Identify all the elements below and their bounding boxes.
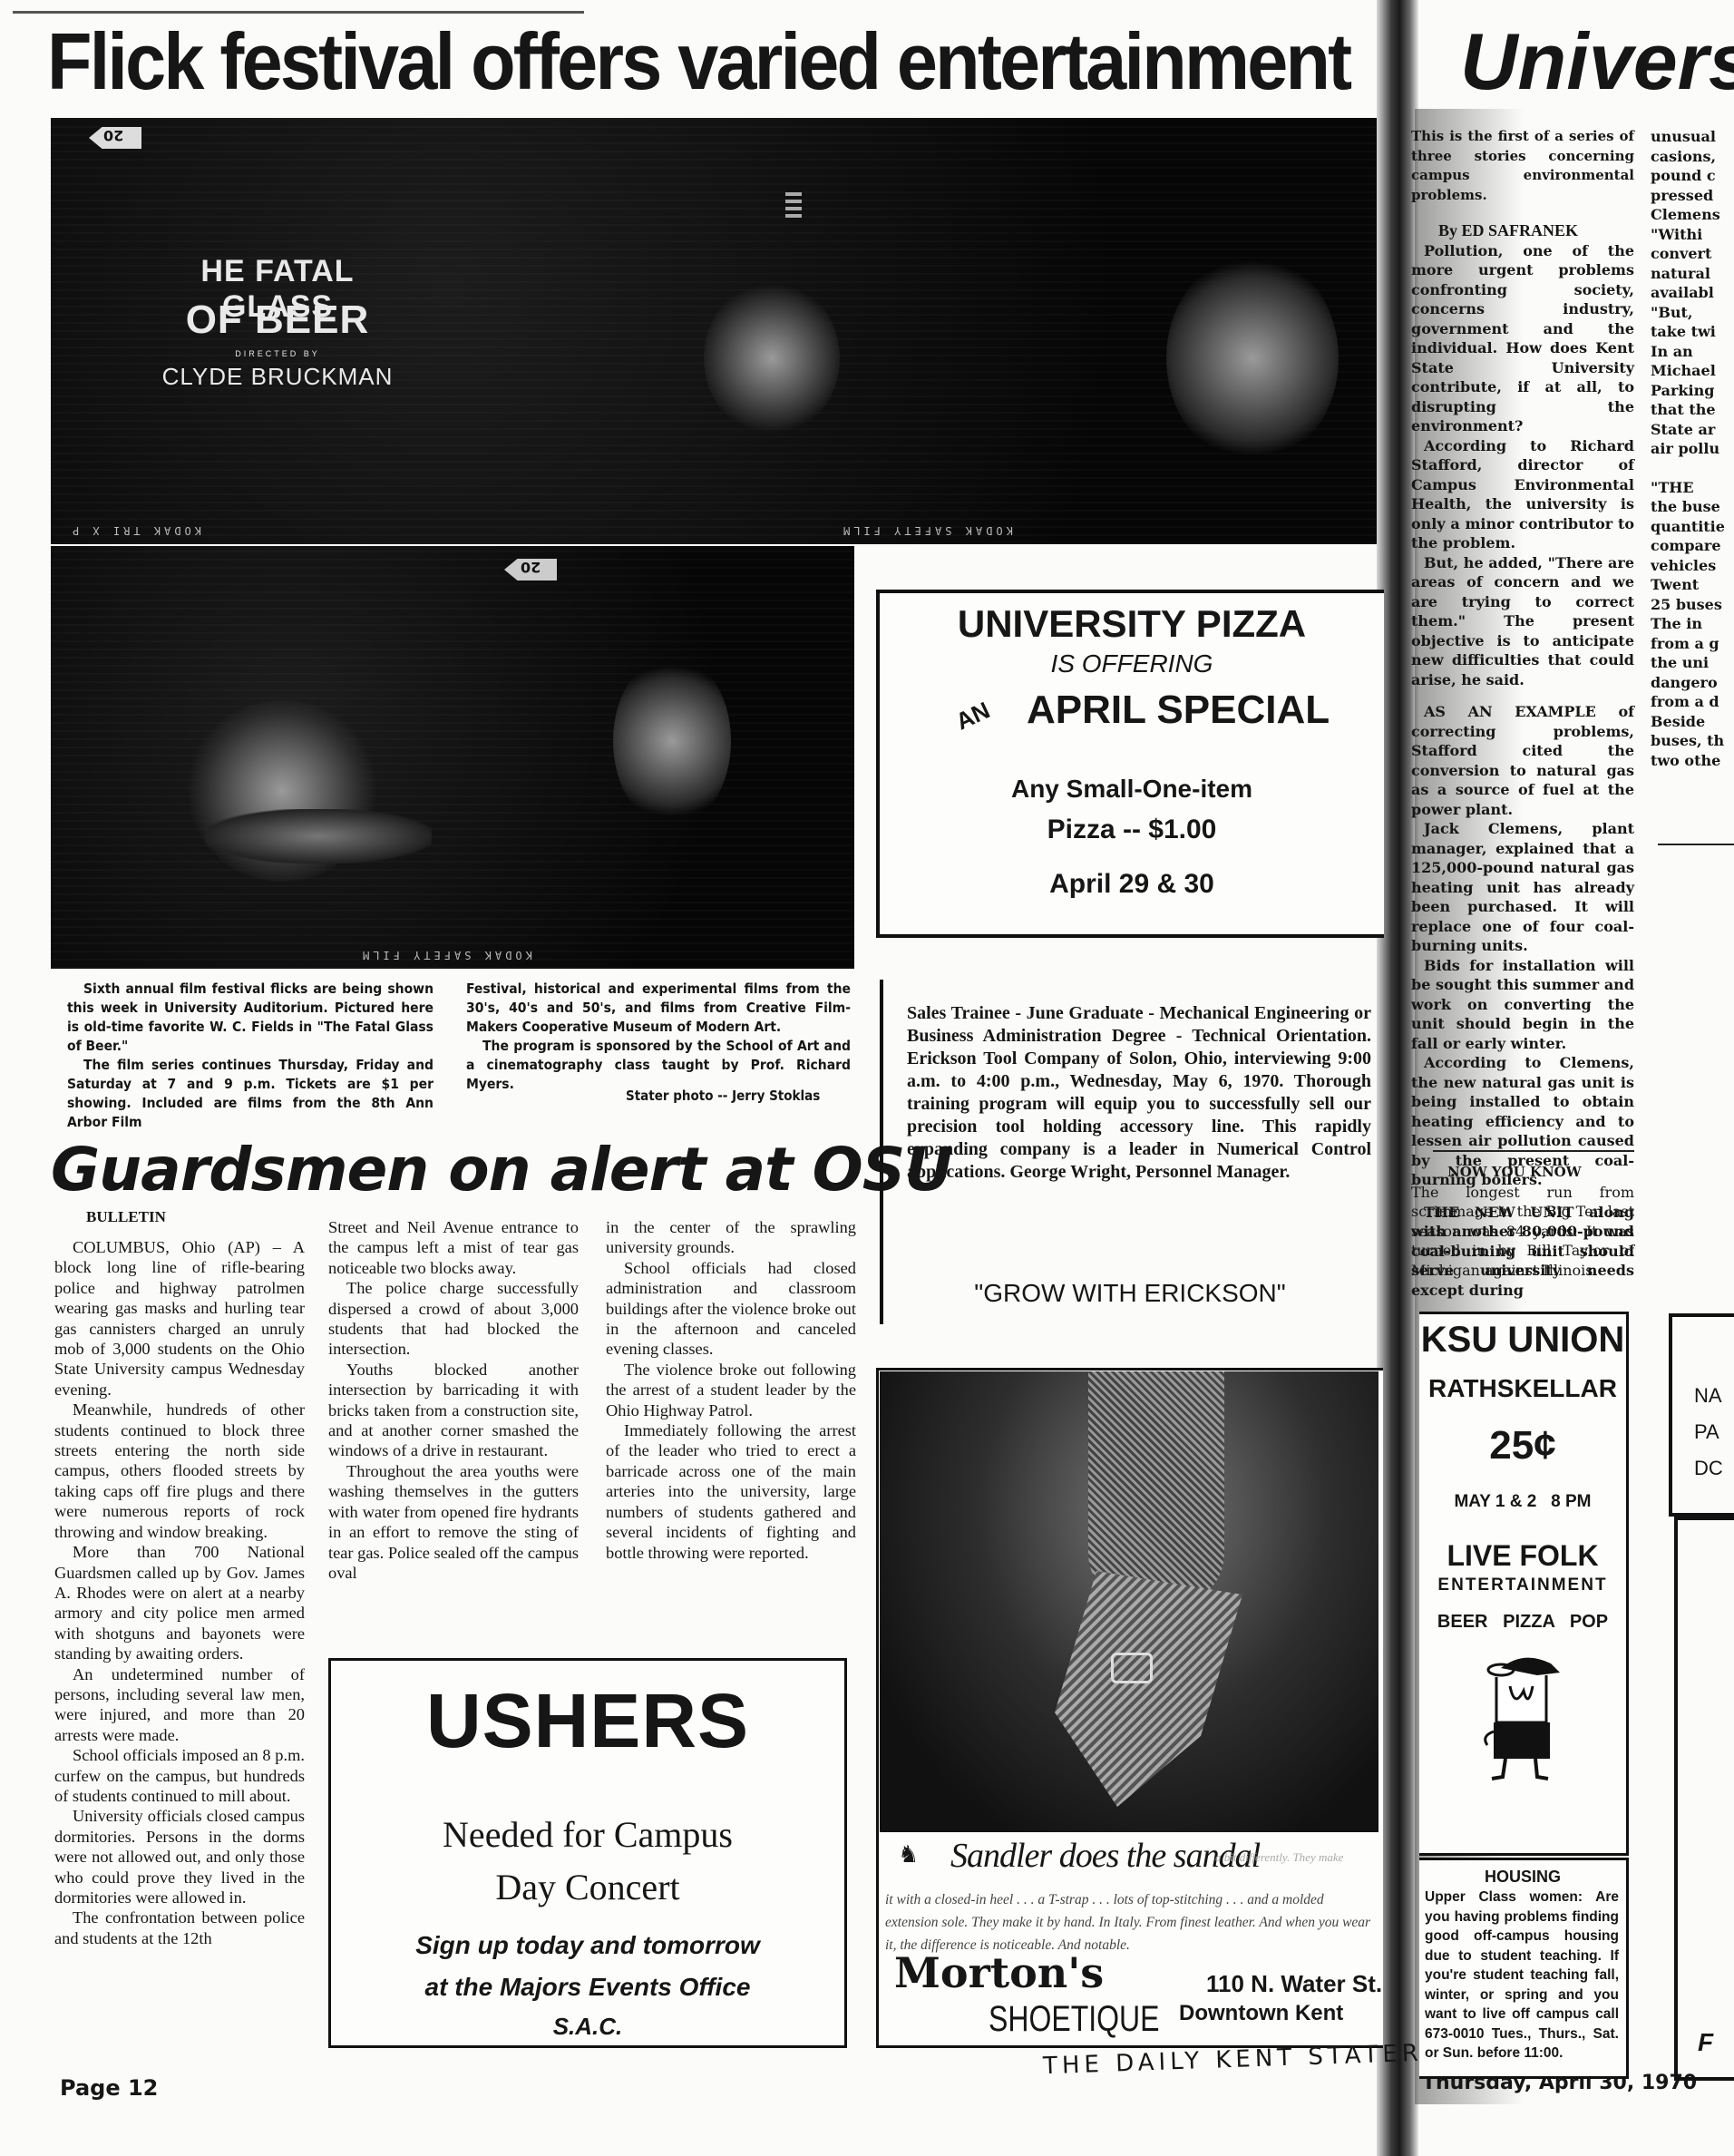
story-paragraph: in the center of the sprawling universit… xyxy=(606,1217,856,1258)
film-figure-2 xyxy=(1166,254,1339,463)
housing-ad-title: HOUSING xyxy=(1419,1868,1626,1887)
continued-line: that the xyxy=(1651,400,1734,420)
continued-line: The in xyxy=(1651,614,1734,634)
caption-paragraph: Sixth annual film festival flicks are be… xyxy=(67,980,433,1056)
stocking-leg xyxy=(1088,1371,1224,1607)
continued-line: Twent xyxy=(1651,575,1734,595)
continued-line: availabl xyxy=(1651,283,1734,303)
story-paragraph: University officials closed campus dormi… xyxy=(54,1806,305,1907)
pizza-ad-name: UNIVERSITY PIZZA xyxy=(880,602,1384,646)
continued-line: take twi xyxy=(1651,322,1734,342)
far-right-ad-box: NA PA DC xyxy=(1669,1313,1734,1517)
continued-line: compare xyxy=(1651,536,1734,556)
film-still-title-card: 20 HE FATAL GLASS OF BEER DIRECTED BY CL… xyxy=(51,118,1377,544)
film-edge-text: KODAK SAFETY FILM xyxy=(359,949,532,961)
continued-line: quantitie xyxy=(1651,517,1734,537)
store-address-city: Downtown Kent xyxy=(1179,2001,1343,2026)
story-column-3: in the center of the sprawling universit… xyxy=(606,1217,856,1563)
far-right-line: PA xyxy=(1694,1420,1719,1444)
story-paragraph: Meanwhile, hundreds of other students co… xyxy=(54,1400,305,1542)
ksu-ad-items: BEER PIZZA POP xyxy=(1419,1612,1626,1633)
continued-line: dangero xyxy=(1651,673,1734,693)
directed-by-label: DIRECTED BY xyxy=(141,349,414,358)
environment-story: This is the first of a series of three s… xyxy=(1411,127,1634,1300)
story-paragraph: The confrontation between police and stu… xyxy=(54,1907,305,1948)
store-address-street: 110 N. Water St. xyxy=(1206,1970,1382,1998)
story-paragraph: AS AN EXAMPLE of correcting problems, St… xyxy=(1411,702,1634,819)
ushers-ad-line2: Day Concert xyxy=(331,1866,844,1908)
erickson-ad-slogan: "GROW WITH ERICKSON" xyxy=(882,1279,1378,1308)
story-paragraph: More than 700 National Guardsmen called … xyxy=(54,1542,305,1663)
continued-line: "But, xyxy=(1651,303,1734,323)
continued-line: casions, xyxy=(1651,147,1734,167)
section-rule xyxy=(1658,844,1734,845)
table-object xyxy=(205,809,432,863)
ushers-ad: USHERS Needed for Campus Day Concert Sig… xyxy=(328,1658,847,2048)
continued-line: vehicles xyxy=(1651,556,1734,576)
continued-line: air pollu xyxy=(1651,439,1734,459)
far-right-line: NA xyxy=(1694,1384,1722,1408)
now-you-know-body: The longest run from scrimmage in the Bi… xyxy=(1411,1183,1634,1281)
page-number: Page 12 xyxy=(60,2075,158,2101)
story-paragraph: Bids for installation will be sought thi… xyxy=(1411,956,1634,1054)
editor-note: This is the first of a series of three s… xyxy=(1411,127,1634,205)
story-column-1: COLUMBUS, Ohio (AP) – A block long line … xyxy=(54,1237,305,1948)
continued-line: natural xyxy=(1651,264,1734,284)
photo-caption-col1: Sixth annual film festival flicks are be… xyxy=(67,980,433,1132)
story-paragraph: Jack Clemens, plant manager, explained t… xyxy=(1411,819,1634,956)
sandler-logo-icon: ♞ xyxy=(898,1841,919,1868)
shoe-ad-tagline: Sandler does the sandal xyxy=(950,1836,1260,1876)
cartoon-mascot-icon xyxy=(1474,1650,1573,1786)
story-paragraph: School officials had closed administrati… xyxy=(606,1258,856,1360)
pizza-ad-price: Pizza -- $1.00 xyxy=(880,815,1384,845)
story-paragraph: Pollution, one of the more urgent proble… xyxy=(1411,241,1634,436)
continued-line: the buse xyxy=(1651,497,1734,517)
photo-caption-col2: Festival, historical and experimental fi… xyxy=(466,980,851,1094)
erickson-ad-body: Sales Trainee - June Graduate - Mechanic… xyxy=(907,1002,1371,1184)
director-name: CLYDE BRUCKMAN xyxy=(141,363,414,391)
continued-line: pound c xyxy=(1651,166,1734,186)
ksu-ad-entertainment: ENTERTAINMENT xyxy=(1419,1576,1626,1595)
far-right-fragment: F xyxy=(1698,2028,1713,2057)
story-paragraph: Throughout the area youths were washing … xyxy=(328,1461,579,1583)
now-you-know-title: NOW YOU KNOW xyxy=(1411,1163,1634,1183)
section-rule xyxy=(1433,1150,1634,1152)
continued-story-column: unusual casions, pound c pressed Clemens… xyxy=(1651,127,1734,770)
pizza-ad-an: AN xyxy=(951,697,994,737)
ushers-ad-title: USHERS xyxy=(331,1677,844,1765)
continued-line: State ar xyxy=(1651,420,1734,440)
continued-line: In an xyxy=(1651,342,1734,362)
continued-line: from a g xyxy=(1651,634,1734,654)
now-you-know-box: NOW YOU KNOW The longest run from scrimm… xyxy=(1411,1163,1634,1280)
story-paragraph: Immediately following the arrest of the … xyxy=(606,1420,856,1563)
story-paragraph: The violence broke out following the arr… xyxy=(606,1360,856,1420)
continued-line: the uni xyxy=(1651,653,1734,673)
housing-classified-ad: HOUSING Upper Class women: Are you havin… xyxy=(1419,1858,1629,2079)
housing-ad-body: Upper Class women: Are you having proble… xyxy=(1425,1888,1619,2063)
story-paragraph: The police charge successfully dispersed… xyxy=(328,1278,579,1360)
far-right-line: DC xyxy=(1694,1457,1723,1480)
shoe-ad-body: it with a closed-in heel . . . a T-strap… xyxy=(885,1888,1375,1956)
ushers-ad-line3: Sign up today and tomorrow xyxy=(331,1931,844,1960)
continued-line: pressed xyxy=(1651,186,1734,206)
pizza-ad-item: Any Small-One-item xyxy=(880,775,1384,804)
continued-line: 25 buses xyxy=(1651,595,1734,615)
continued-line: Clemens xyxy=(1651,205,1734,225)
sandal-buckle xyxy=(1111,1653,1153,1683)
story-paragraph: COLUMBUS, Ohio (AP) – A block long line … xyxy=(54,1237,305,1400)
caption-paragraph: The program is sponsored by the School o… xyxy=(466,1037,851,1094)
continued-line: Michael xyxy=(1651,361,1734,381)
story-paragraph: Youths blocked another intersection by b… xyxy=(328,1360,579,1461)
shoe-ad-tagline-tail: a bit differently. They make xyxy=(1215,1850,1377,1865)
window-light xyxy=(785,190,802,218)
ksu-ad-line1: KSU UNION xyxy=(1419,1320,1626,1361)
continued-line: "THE xyxy=(1651,478,1734,498)
story-headline: Guardsmen on alert at OSU xyxy=(51,1134,849,1206)
sandal-shape xyxy=(1034,1571,1242,1807)
continued-line: from a d xyxy=(1651,692,1734,712)
ushers-ad-line5: S.A.C. xyxy=(331,2013,844,2041)
film-figure-4 xyxy=(613,655,731,827)
continued-line: Parking xyxy=(1651,381,1734,401)
film-edge-text-left: KODAK TRI X P xyxy=(69,524,201,537)
continued-line: "Withi xyxy=(1651,225,1734,245)
ushers-ad-line4: at the Majors Events Office xyxy=(331,1973,844,2002)
continued-line: convert xyxy=(1651,244,1734,264)
ksu-union-rathskellar-ad: KSU UNION RATHSKELLAR 25¢ MAY 1 & 2 8 PM… xyxy=(1419,1312,1629,1856)
film-title-line2: OF BEER xyxy=(141,298,414,343)
caption-paragraph: Festival, historical and experimental fi… xyxy=(466,980,851,1037)
ushers-ad-line1: Needed for Campus xyxy=(331,1813,844,1856)
film-still-scene: 20 KODAK SAFETY FILM xyxy=(51,546,854,969)
pizza-ad-dates: April 29 & 30 xyxy=(880,869,1384,900)
story-kicker: BULLETIN xyxy=(86,1208,166,1226)
page-headline: Flick festival offers varied entertainme… xyxy=(47,16,1291,107)
top-rule xyxy=(13,11,584,14)
story-byline: By ED SAFRANEK xyxy=(1411,221,1634,241)
story-paragraph: But, he added, "There are areas of conce… xyxy=(1411,553,1634,690)
frame-number: 20 xyxy=(103,127,123,144)
story-paragraph: An undetermined number of persons, inclu… xyxy=(54,1664,305,1746)
university-pizza-ad: UNIVERSITY PIZZA IS OFFERING AN APRIL SP… xyxy=(876,590,1384,938)
pizza-ad-special: APRIL SPECIAL xyxy=(1027,688,1330,733)
continued-line: unusual xyxy=(1651,127,1734,147)
store-name-shoetique: SHOETIQUE xyxy=(989,1999,1159,2040)
film-figure-1 xyxy=(704,281,840,435)
story-paragraph: According to Richard Stafford, director … xyxy=(1411,436,1634,553)
story-column-2: Street and Neil Avenue entrance to the c… xyxy=(328,1217,579,1583)
ksu-ad-live-folk: LIVE FOLK xyxy=(1419,1539,1626,1573)
ksu-ad-price: 25¢ xyxy=(1419,1423,1626,1468)
store-name: Morton's xyxy=(894,1948,1104,1997)
story-paragraph: Street and Neil Avenue entrance to the c… xyxy=(328,1217,579,1278)
continued-line: buses, th xyxy=(1651,731,1734,751)
pizza-ad-subline: IS OFFERING xyxy=(880,649,1384,678)
continued-line-spacer xyxy=(1651,459,1734,478)
photo-credit: Stater photo -- Jerry Stoklas xyxy=(626,1087,820,1106)
frame-number: 20 xyxy=(521,559,541,576)
film-edge-text-right: KODAK SAFETY FILM xyxy=(840,524,1013,537)
next-page-headline-fragment: Univers xyxy=(1460,16,1734,107)
story-paragraph: School officials imposed an 8 p.m. curfe… xyxy=(54,1745,305,1806)
ksu-ad-dates: MAY 1 & 2 8 PM xyxy=(1419,1492,1626,1512)
far-right-ad-box-2: F xyxy=(1674,1517,1734,2081)
sandal-photo xyxy=(880,1371,1378,1832)
continued-line: two othe xyxy=(1651,751,1734,771)
caption-paragraph: The film series continues Thursday, Frid… xyxy=(67,1056,433,1132)
continued-line: Beside xyxy=(1651,712,1734,732)
ksu-ad-line2: RATHSKELLAR xyxy=(1419,1374,1626,1403)
